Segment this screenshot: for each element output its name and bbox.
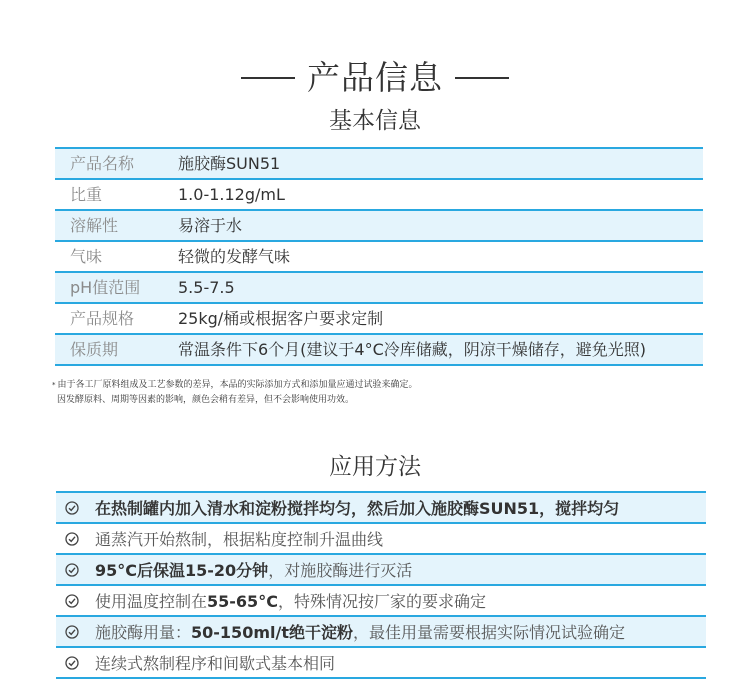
plain-text: 施胶酶用量： <box>95 623 191 642</box>
check-circle-icon <box>65 501 79 515</box>
list-item-text: 使用温度控制在55-65°C，特殊情况按厂家的要求确定 <box>95 589 486 612</box>
plain-text: 使用温度控制在 <box>95 592 207 611</box>
table-row: 比重 1.0-1.12g/mL <box>55 179 703 210</box>
bold-text: 50-150ml/t绝干淀粉 <box>191 623 353 642</box>
row-label: 产品规格 <box>55 303 178 334</box>
footnote-line-1: *由于各工厂原料组成及工艺参数的差异，本品的实际添加方式和添加量应通过试验来确定… <box>52 378 418 393</box>
table-row: 溶解性 易溶于水 <box>55 210 703 241</box>
application-method-list: 在热制罐内加入清水和淀粉搅拌均匀，然后加入施胶酶SUN51，搅拌均匀 通蒸汽开始… <box>56 493 706 679</box>
plain-text: 通蒸汽开始熬制，根据粘度控制升温曲线 <box>95 530 383 549</box>
list-item: 通蒸汽开始熬制，根据粘度控制升温曲线 <box>56 522 706 555</box>
list-item: 连续式熬制程序和间歇式基本相同 <box>56 646 706 679</box>
row-value: 25kg/桶或根据客户要求定制 <box>178 303 703 334</box>
list-item: 使用温度控制在55-65°C，特殊情况按厂家的要求确定 <box>56 584 706 617</box>
plain-text: ，最佳用量需要根据实际情况试验确定 <box>353 623 625 642</box>
table-row: 气味 轻微的发酵气味 <box>55 241 703 272</box>
bold-text: 在热制罐内加入清水和淀粉搅拌均匀，然后加入施胶酶SUN51，搅拌均匀 <box>95 499 619 518</box>
footnote-text-1: 由于各工厂原料组成及工艺参数的差异，本品的实际添加方式和添加量应通过试验来确定。 <box>58 380 418 390</box>
row-label: pH值范围 <box>55 272 178 303</box>
footnote: *由于各工厂原料组成及工艺参数的差异，本品的实际添加方式和添加量应通过试验来确定… <box>52 378 418 408</box>
row-label: 保质期 <box>55 334 178 365</box>
list-item-text: 通蒸汽开始熬制，根据粘度控制升温曲线 <box>95 527 383 550</box>
row-value: 易溶于水 <box>178 210 703 241</box>
list-item-text: 连续式熬制程序和间歇式基本相同 <box>95 651 335 674</box>
footnote-line-2: 因发酵原料、周期等因素的影响，颜色会稍有差异，但不会影响使用功效。 <box>52 393 418 408</box>
table-row: pH值范围 5.5-7.5 <box>55 272 703 303</box>
section-title-basic-info: 基本信息 <box>0 104 750 138</box>
bold-text: 95°C后保温15-20分钟 <box>95 561 268 580</box>
row-value: 常温条件下6个月(建议于4°C冷库储藏，阴凉干燥储存，避免光照) <box>178 334 703 365</box>
plain-text: ，特殊情况按厂家的要求确定 <box>278 592 486 611</box>
basic-info-table: 产品名称 施胶酶SUN51 比重 1.0-1.12g/mL 溶解性 易溶于水 气… <box>55 147 703 366</box>
plain-text: ，对施胶酶进行灭活 <box>268 561 412 580</box>
list-item-text: 95°C后保温15-20分钟，对施胶酶进行灭活 <box>95 558 412 581</box>
section-title-application-method: 应用方法 <box>0 450 750 484</box>
table-row: 保质期 常温条件下6个月(建议于4°C冷库储藏，阴凉干燥储存，避免光照) <box>55 334 703 365</box>
check-circle-icon <box>65 625 79 639</box>
list-item-text: 施胶酶用量：50-150ml/t绝干淀粉，最佳用量需要根据实际情况试验确定 <box>95 620 625 643</box>
check-circle-icon <box>65 563 79 577</box>
plain-text: 连续式熬制程序和间歇式基本相同 <box>95 654 335 673</box>
row-label: 溶解性 <box>55 210 178 241</box>
row-value: 施胶酶SUN51 <box>178 148 703 179</box>
footnote-marker: * <box>52 381 56 389</box>
check-circle-icon <box>65 656 79 670</box>
row-label: 比重 <box>55 179 178 210</box>
row-value: 1.0-1.12g/mL <box>178 179 703 210</box>
title-dash-left <box>241 77 295 79</box>
list-item: 95°C后保温15-20分钟，对施胶酶进行灭活 <box>56 553 706 586</box>
check-circle-icon <box>65 594 79 608</box>
title-dash-right <box>455 77 509 79</box>
row-value: 轻微的发酵气味 <box>178 241 703 272</box>
list-item: 施胶酶用量：50-150ml/t绝干淀粉，最佳用量需要根据实际情况试验确定 <box>56 615 706 648</box>
table-row: 产品名称 施胶酶SUN51 <box>55 148 703 179</box>
check-circle-icon <box>65 532 79 546</box>
row-value: 5.5-7.5 <box>178 272 703 303</box>
page-title-text: 产品信息 <box>307 58 443 97</box>
table-row: 产品规格 25kg/桶或根据客户要求定制 <box>55 303 703 334</box>
bold-text: 55-65°C <box>207 592 278 611</box>
row-label: 气味 <box>55 241 178 272</box>
row-label: 产品名称 <box>55 148 178 179</box>
list-item: 在热制罐内加入清水和淀粉搅拌均匀，然后加入施胶酶SUN51，搅拌均匀 <box>56 491 706 524</box>
page-title: 产品信息 <box>0 56 750 100</box>
list-item-text: 在热制罐内加入清水和淀粉搅拌均匀，然后加入施胶酶SUN51，搅拌均匀 <box>95 496 619 519</box>
